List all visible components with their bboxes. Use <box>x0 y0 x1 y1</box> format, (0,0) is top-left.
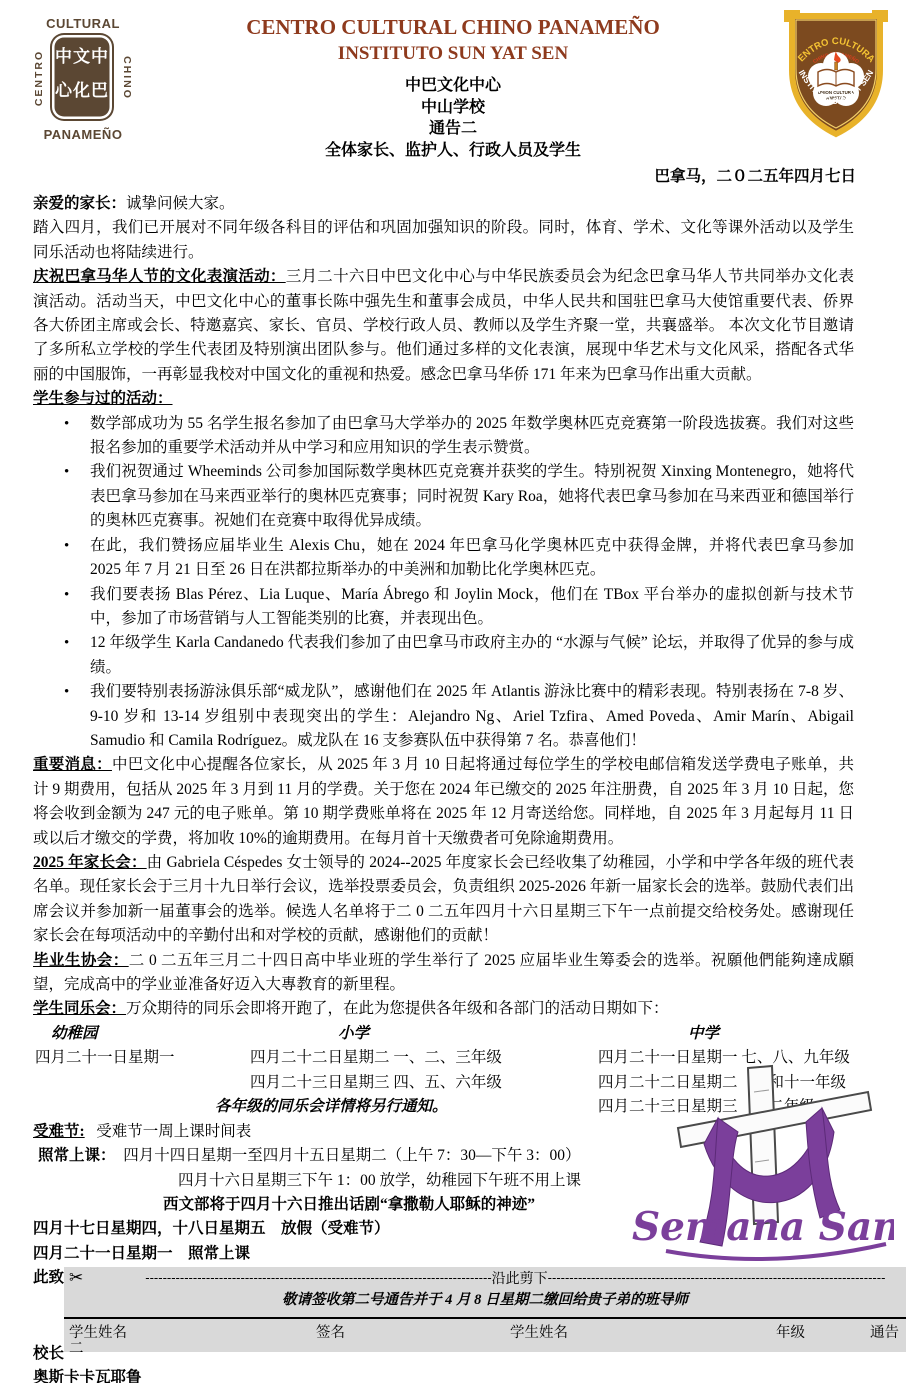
activities-heading: 学生参与过的活动： <box>33 387 854 411</box>
column-header-kindergarten: 幼稚园 <box>51 1022 98 1046</box>
holy-week-label: 受难节: <box>33 1123 85 1140</box>
semana-santa-graphic: Semana Santa <box>626 1050 894 1268</box>
important-paragraph: 重要消息：中巴文化中心提醒各位家长，从 2025 年 3 月 10 日起将通过每… <box>33 753 854 851</box>
schedule-cell: 四月二十一日星期一 <box>35 1046 175 1070</box>
column-header-secondary: 中学 <box>688 1022 719 1046</box>
field-student-name-2: 学生姓名 <box>510 1321 568 1342</box>
cut-here-label: 沿此剪下 <box>492 1268 548 1288</box>
field-grade: 年级 <box>776 1321 805 1342</box>
activity-bullet: 我们要特别表扬游泳俱乐部“威龙队”，感谢他们在 2025 年 Atlantis … <box>90 680 854 753</box>
logo-word-panameno: PANAMEÑO <box>28 127 138 142</box>
school-name-line2: INSTITUTO SUN YAT SEN <box>173 41 733 66</box>
parents-association-paragraph: 2025 年家长会：由 Gabriela Céspedes 女士领导的 2024… <box>33 851 854 949</box>
activity-bullet: 12 年级学生 Karla Candanedo 代表我们参加了由巴拿马市政府主办… <box>90 631 854 680</box>
activity-bullet: 在此，我们赞扬应届毕业生 Alexis Chu，她在 2024 年巴拿马化学奥林… <box>90 534 854 583</box>
field-signature: 签名 <box>316 1321 345 1342</box>
schedule-cell: 四月二十三日星期三 四、五、六年级 <box>250 1071 502 1095</box>
column-header-primary: 小学 <box>338 1022 369 1046</box>
semana-santa-text: Semana Santa <box>632 1204 894 1250</box>
shield-crest-icon: CENTRO CULTURAL CHINO-PANAMEÑO UNION CUL… <box>780 8 892 146</box>
document-header: CULTURAL CENTRO CHINO PANAMEÑO 中文中 心化巴 <box>0 0 906 186</box>
notice-document: CULTURAL CENTRO CHINO PANAMEÑO 中文中 心化巴 <box>0 0 906 1383</box>
tear-off-section: ✂---------------------------------------… <box>64 1267 906 1352</box>
chinese-seal-icon: 中文中 心化巴 <box>52 35 112 119</box>
cut-here-line: ✂---------------------------------------… <box>64 1267 906 1288</box>
logo-word-cultural: CULTURAL <box>28 16 138 31</box>
activity-bullet: 我们要表扬 Blas Pérez、Lia Luque、María Ábrego … <box>90 583 854 632</box>
intro-paragraph: 踏入四月，我们已开展对不同年级各科目的评估和巩固加强知识的阶段。同时，体育、学术… <box>33 216 854 265</box>
notice-audience: 全体家长、监护人、行政人员及学生 <box>173 140 733 162</box>
return-slip-note: 敬请签收第二号通告并于 4 月 8 日星期二缴回给贵子弟的班导师 <box>64 1288 906 1315</box>
school-name-line1: CENTRO CULTURAL CHINO PANAMEÑO <box>173 14 733 41</box>
ccch-square-logo: CULTURAL CENTRO CHINO PANAMEÑO 中文中 心化巴 <box>28 16 138 142</box>
festival-paragraph: 庆祝巴拿马华人节的文化表演活动：三月二十六日中巴文化中心与中华民族委员会为纪念巴… <box>33 265 854 387</box>
subtitle-school-name: 中山学校 <box>173 97 733 119</box>
notice-date: 巴拿马，二０二五年四月七日 <box>0 164 906 186</box>
field-notice-number: 通告 <box>870 1321 899 1342</box>
field-notice-number-wrap: 二 <box>69 1337 84 1358</box>
graduates-paragraph: 毕业生协会：二 0 二五年三月二十四日高中毕业班的学生举行了 2025 应届毕业… <box>33 949 854 998</box>
funfair-paragraph: 学生同乐会：万众期待的同乐会即将开跑了，在此为您提供各年级和各部门的活动日期如下… <box>33 997 854 1021</box>
scissors-icon: ✂ <box>69 1268 83 1288</box>
logo-word-chino: CHINO <box>121 49 133 107</box>
signature-fields-row: 学生姓名 签名 学生姓名 年级 通告 二 <box>64 1317 906 1353</box>
activity-bullet: 我们祝贺通过 Wheeminds 公司参加国际数学奥林匹克竞赛并获奖的学生。特别… <box>90 460 854 533</box>
activities-list: 数学部成功为 55 名学生报名参加了由巴拿马大学举办的 2025 年数学奥林匹克… <box>33 412 854 754</box>
activity-bullet: 数学部成功为 55 名学生报名参加了由巴拿马大学举办的 2025 年数学奥林匹克… <box>90 412 854 461</box>
schedule-note: 各年级的同乐会详情将另行通知。 <box>215 1095 448 1119</box>
torch-icon <box>835 62 838 70</box>
subtitle-center-name: 中巴文化中心 <box>173 75 733 97</box>
greeting-line: 亲爱的家长：诚挚问候大家。 <box>33 192 854 216</box>
instituto-shield-logo: CENTRO CULTURAL CHINO-PANAMEÑO UNION CUL… <box>780 8 892 151</box>
principal-name: 奥斯卡卡瓦耶鲁 <box>33 1366 854 1383</box>
schedule-cell: 四月二十二日星期二 一、二、三年级 <box>250 1046 502 1070</box>
logo-word-centro: CENTRO <box>33 43 45 113</box>
notice-number: 通告二 <box>173 118 733 140</box>
